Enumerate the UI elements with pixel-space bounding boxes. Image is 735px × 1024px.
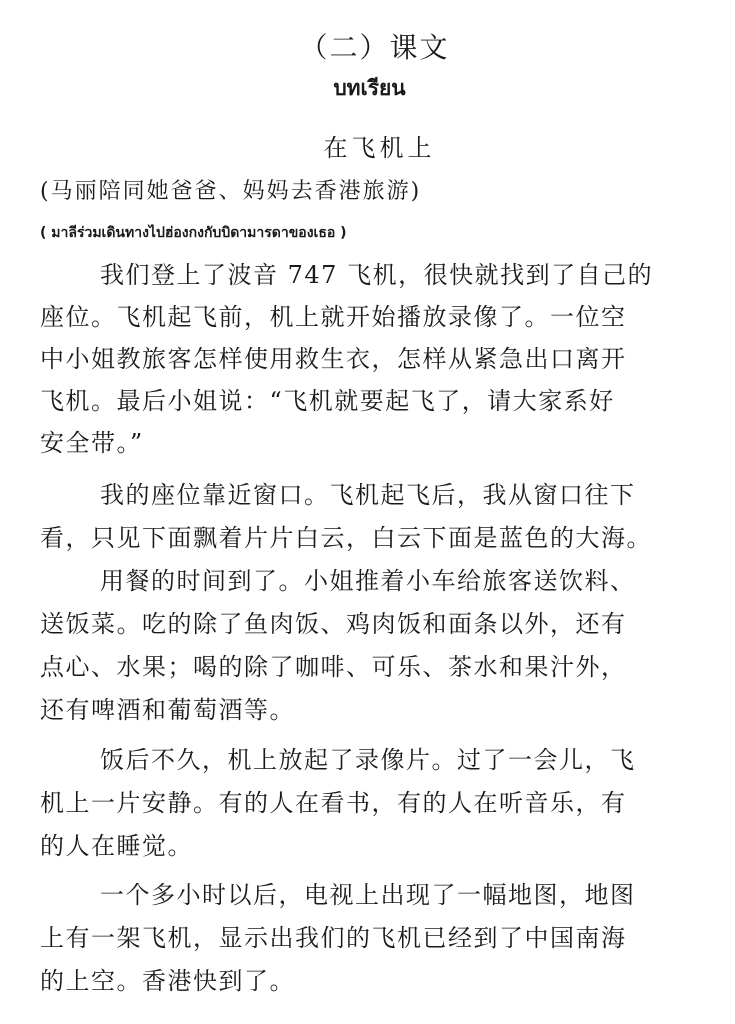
paragraph-line: 一个多小时以后，电视上出现了一幅地图，地图 xyxy=(100,880,735,910)
paragraph-line: 点心、水果；喝的除了咖啡、可乐、茶水和果汁外， xyxy=(40,652,720,682)
lesson-subtitle-chinese: (马丽陪同她爸爸、妈妈去香港旅游) xyxy=(40,174,421,205)
lesson-title: 在飞机上 xyxy=(0,128,735,163)
paragraph-line: 的人在睡觉。 xyxy=(40,831,720,861)
paragraph-line: 的上空。香港快到了。 xyxy=(40,966,720,996)
paragraph-line: 飞机。最后小姐说：“飞机就要起飞了，请大家系好 xyxy=(40,386,720,416)
lesson-subtitle-thai: ( มาลีร่วมเดินทางไปฮ่องกงกับบิดามารดาของ… xyxy=(40,222,347,244)
section-heading: （二）课文 xyxy=(0,26,735,66)
paragraph-line: 还有啤酒和葡萄酒等。 xyxy=(40,695,720,725)
paragraph-line: 我们登上了波音 747 飞机，很快就找到了自己的 xyxy=(100,260,735,290)
paragraph-line: 用餐的时间到了。小姐推着小车给旅客送饮料、 xyxy=(100,566,735,596)
textbook-page: （二）课文 บทเรียน 在飞机上 (马丽陪同她爸爸、妈妈去香港旅游) ( ม… xyxy=(0,0,735,1024)
paragraph-line: 饭后不久，机上放起了录像片。过了一会儿，飞 xyxy=(100,745,735,775)
paragraph-line: 上有一架飞机，显示出我们的飞机已经到了中国南海 xyxy=(40,923,720,953)
paragraph-line: 安全带。” xyxy=(40,428,720,458)
paragraph-line: 看，只见下面飘着片片白云，白云下面是蓝色的大海。 xyxy=(40,523,720,553)
section-heading-thai: บทเรียน xyxy=(0,72,735,105)
paragraph-line: 我的座位靠近窗口。飞机起飞后，我从窗口往下 xyxy=(100,480,735,510)
paragraph-line: 送饭菜。吃的除了鱼肉饭、鸡肉饭和面条以外，还有 xyxy=(40,609,720,639)
paragraph-line: 中小姐教旅客怎样使用救生衣，怎样从紧急出口离开 xyxy=(40,344,720,374)
paragraph-line: 机上一片安静。有的人在看书，有的人在听音乐，有 xyxy=(40,788,720,818)
paragraph-line: 座位。飞机起飞前，机上就开始播放录像了。一位空 xyxy=(40,302,720,332)
